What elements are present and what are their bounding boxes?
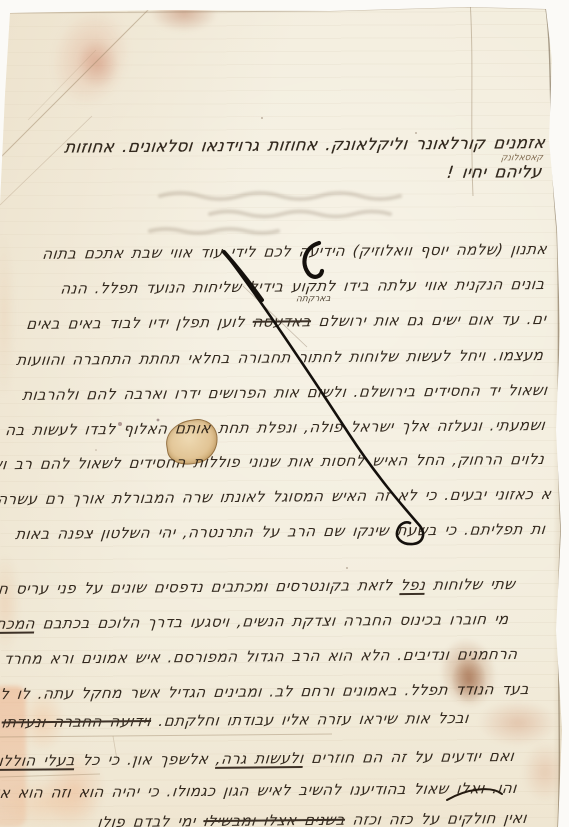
para4-line3-struck-phrase: בשנים אצלו ומבשילו (203, 811, 347, 827)
para3-line2-underlined-word: המכתבים (0, 615, 36, 634)
para1-line3-pre: ים. עד אום ישים גם אות ירושלם (317, 310, 547, 330)
stain-top-left-core (78, 40, 118, 88)
para1-line3-struck-word: באדעסה (251, 312, 311, 331)
para3-line5-struck-phrase: וידועה החברה ונעדתו (1, 712, 152, 731)
para3-line1-underlined-word: נפל (399, 576, 426, 594)
para4-line1-underlined-1: ולעשות גרה, (215, 749, 305, 768)
para4-line3-pre: ואין חולקים על כזה וכזה (352, 809, 528, 827)
stain-bottom-right-2 (478, 700, 558, 746)
para4-line1-part2: אלשפך און. כי כל (82, 750, 210, 769)
letter-page: אזמנים קורלאונר וליקלאונק. אחוזות גרוידנ… (0, 0, 569, 827)
para4-line3-post: ימי לבדם פולו (97, 812, 197, 827)
para4-line3: ואין חולקים על כזה וכזה בשנים אצלו ומבשי… (97, 811, 528, 827)
scanned-letter: אזמנים קורלאונר וליקלאונק. אחוזות גרוידנ… (0, 0, 569, 827)
right-edge-shadow (553, 0, 569, 827)
aged-paper-tint (0, 0, 569, 827)
heading-line-2: עליהם יחיו ! (446, 164, 543, 181)
para3-line5-pre: ובכל אות שיראו עזרה אליו עבודתו וחלקתם. (158, 709, 470, 730)
para1-correction-above: בארקתה (295, 295, 331, 304)
para4-line1-underlined-2: בעלי הוללות (0, 751, 76, 770)
para1-line3-post: לוען תפלן ידיו לבוד באים באים (25, 313, 246, 333)
para3-line1-pre: שתי שלוחות (432, 575, 516, 594)
para4-line1-part1: ואם יודעים על זה הם חוזרים (310, 747, 515, 767)
